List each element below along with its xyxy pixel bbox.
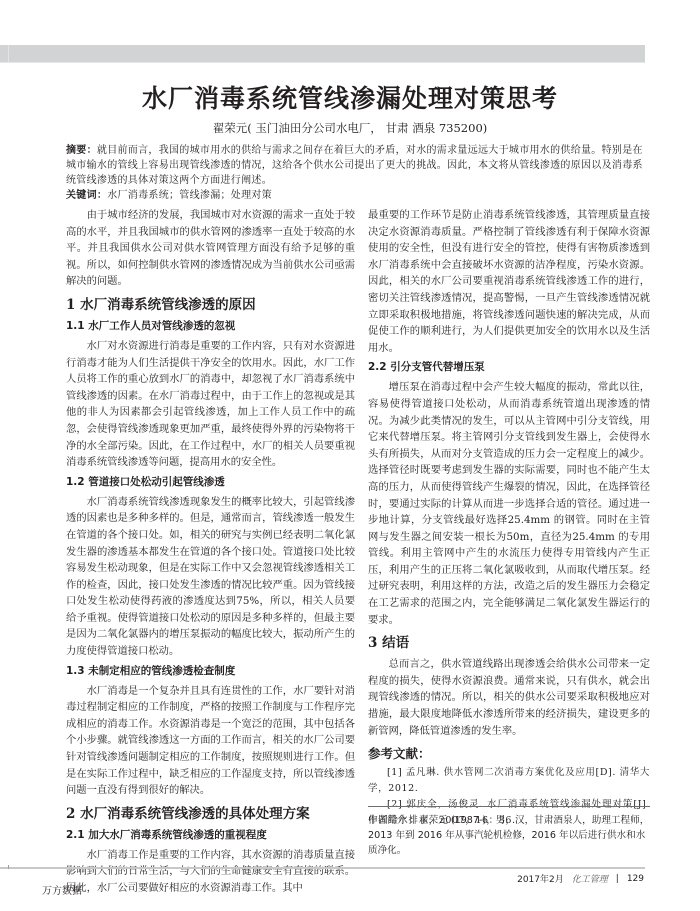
keywords: 关键词：水厂消毒系统；管线渗漏；处理对策	[66, 188, 650, 203]
section-1-heading: 1 水厂消毒系统管线渗透的原因	[66, 296, 355, 314]
left-column: 由于城市经济的发展，我国城市对水资源的需求一直处于较高的水平，并且我国城市的供水…	[66, 207, 355, 897]
header-bar	[0, 45, 645, 63]
journal-logo: 化工管理	[572, 872, 608, 885]
section-3-paragraph: 总而言之，供水管道线路出现渗透会给供水公司带来一定程度的损失，使得水资源浪费。通…	[368, 656, 650, 739]
section-2-1-heading: 2.1 加大水厂消毒系统管线渗透的重视程度	[66, 827, 355, 843]
header-bar-notch	[8, 45, 9, 62]
keywords-label: 关键词：	[66, 190, 107, 201]
right-column: 最重要的工作环节是防止消毒系统管线渗透，其管理质量直接决定水资源消毒质量。严格控…	[368, 207, 650, 829]
abstract: 摘要：就目前而言，我国的城市用水的供给与需求之间存在着巨大的矛盾，对水的需求量远…	[66, 143, 650, 188]
section-1-2-heading: 1.2 管道接口处松动引起管线渗透	[66, 474, 355, 490]
section-2-1-continued: 最重要的工作环节是防止消毒系统管线渗透，其管理质量直接决定水资源消毒质量。严格控…	[368, 207, 650, 356]
source-watermark: 万方数据	[42, 882, 82, 897]
abstract-label: 摘要：	[66, 145, 97, 156]
section-2-2-heading: 2.2 引分支管代替增压泵	[368, 359, 650, 375]
footer-rule	[0, 867, 645, 869]
section-2-heading: 2 水厂消毒系统管线渗透的具体处理方案	[66, 805, 355, 823]
page-footer: 2017年2月 化工管理 | 129	[517, 872, 644, 885]
section-1-1-heading: 1.1 水厂工作人员对管线渗透的忽视	[66, 318, 355, 334]
article-title: 水厂消毒系统管线渗漏处理对策思考	[0, 79, 700, 115]
section-2-1-paragraph: 水厂消毒工作是重要的工作内容，其水资源的消毒质量直接影响到人们的日常生活，与人们…	[66, 847, 355, 897]
intro-paragraph: 由于城市经济的发展，我国城市对水资源的需求一直处于较高的水平，并且我国城市的供水…	[66, 207, 355, 290]
section-1-1-paragraph: 水厂对水资源进行消毒是重要的工作内容，只有对水资源进行消毒才能为人们生活提供干净…	[66, 338, 355, 471]
section-3-heading: 3 结语	[368, 634, 650, 652]
section-2-2-paragraph: 增压泵在消毒过程中会产生较大幅度的振动，常此以往，容易使得管道接口处松动，从而消…	[368, 379, 650, 628]
page-number: 129	[627, 874, 644, 884]
references-heading: 参考文献：	[368, 745, 650, 763]
reference-item: [1] 孟凡琳. 供水管网二次消毒方案优化及应用[D]. 清华大学，2012.	[368, 765, 650, 797]
footer-rule-tick	[8, 865, 9, 869]
section-1-3-heading: 1.3 未制定相应的管线渗透检查制度	[66, 663, 355, 679]
section-1-2-paragraph: 水厂消毒系统管线渗透现象发生的概率比较大，引起管线渗透的因素也是多种多样的。但是…	[66, 494, 355, 660]
author-affiliation: 翟荣元( 玉门油田分公司水电厂， 甘肃 酒泉 735200)	[0, 120, 700, 136]
keywords-text: 水厂消毒系统；管线渗漏；处理对策	[107, 190, 272, 201]
abstract-text: 就目前而言，我国的城市用水的供给与需求之间存在着巨大的矛盾，对水的需求量远远大于…	[66, 145, 643, 186]
author-note: 作者简介 ：翟荣元 (1987-)，男，汉，甘肃酒泉人，助理工程师，2013 年…	[368, 806, 650, 858]
footer-separator: |	[616, 874, 619, 884]
abstract-block: 摘要：就目前而言，我国的城市用水的供给与需求之间存在着巨大的矛盾，对水的需求量远…	[66, 143, 650, 203]
issue-date: 2017年2月	[517, 872, 564, 885]
section-1-3-paragraph: 水厂消毒是一个复杂并且具有连贯性的工作，水厂要针对消毒过程制定相应的工作制度，严…	[66, 683, 355, 799]
